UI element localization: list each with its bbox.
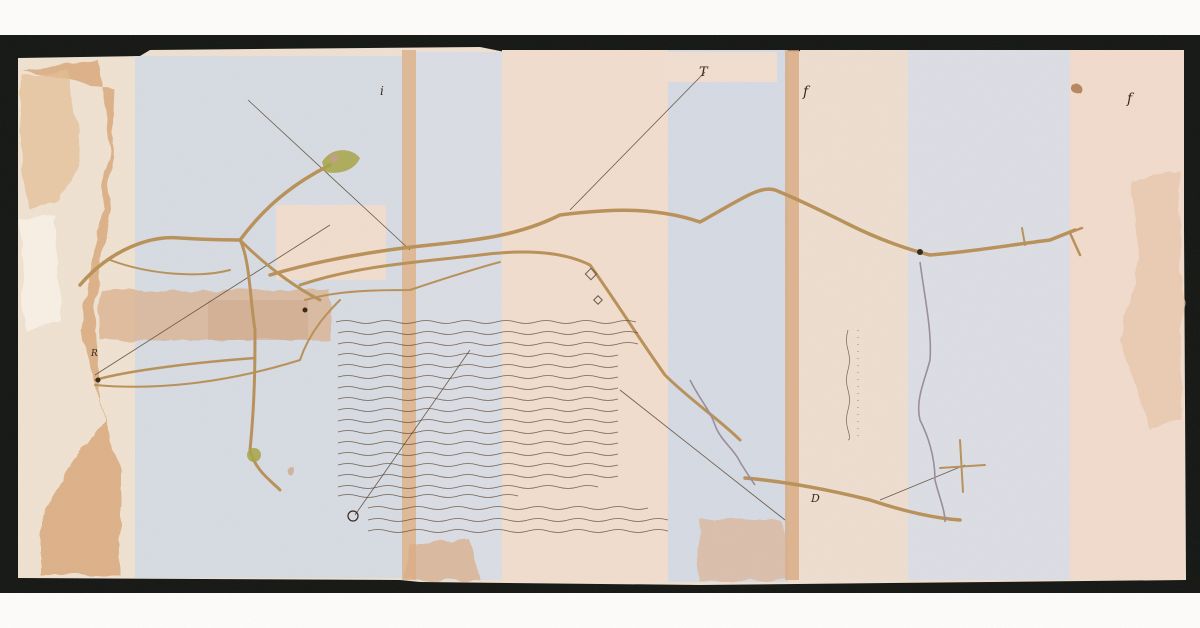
north-marker: T [699, 65, 709, 80]
manuscript-map: i f f T D R [0, 0, 1200, 628]
top-mark-1: i [380, 84, 384, 98]
lower-right-letter: D [810, 492, 820, 505]
left-marker: R [90, 349, 98, 359]
